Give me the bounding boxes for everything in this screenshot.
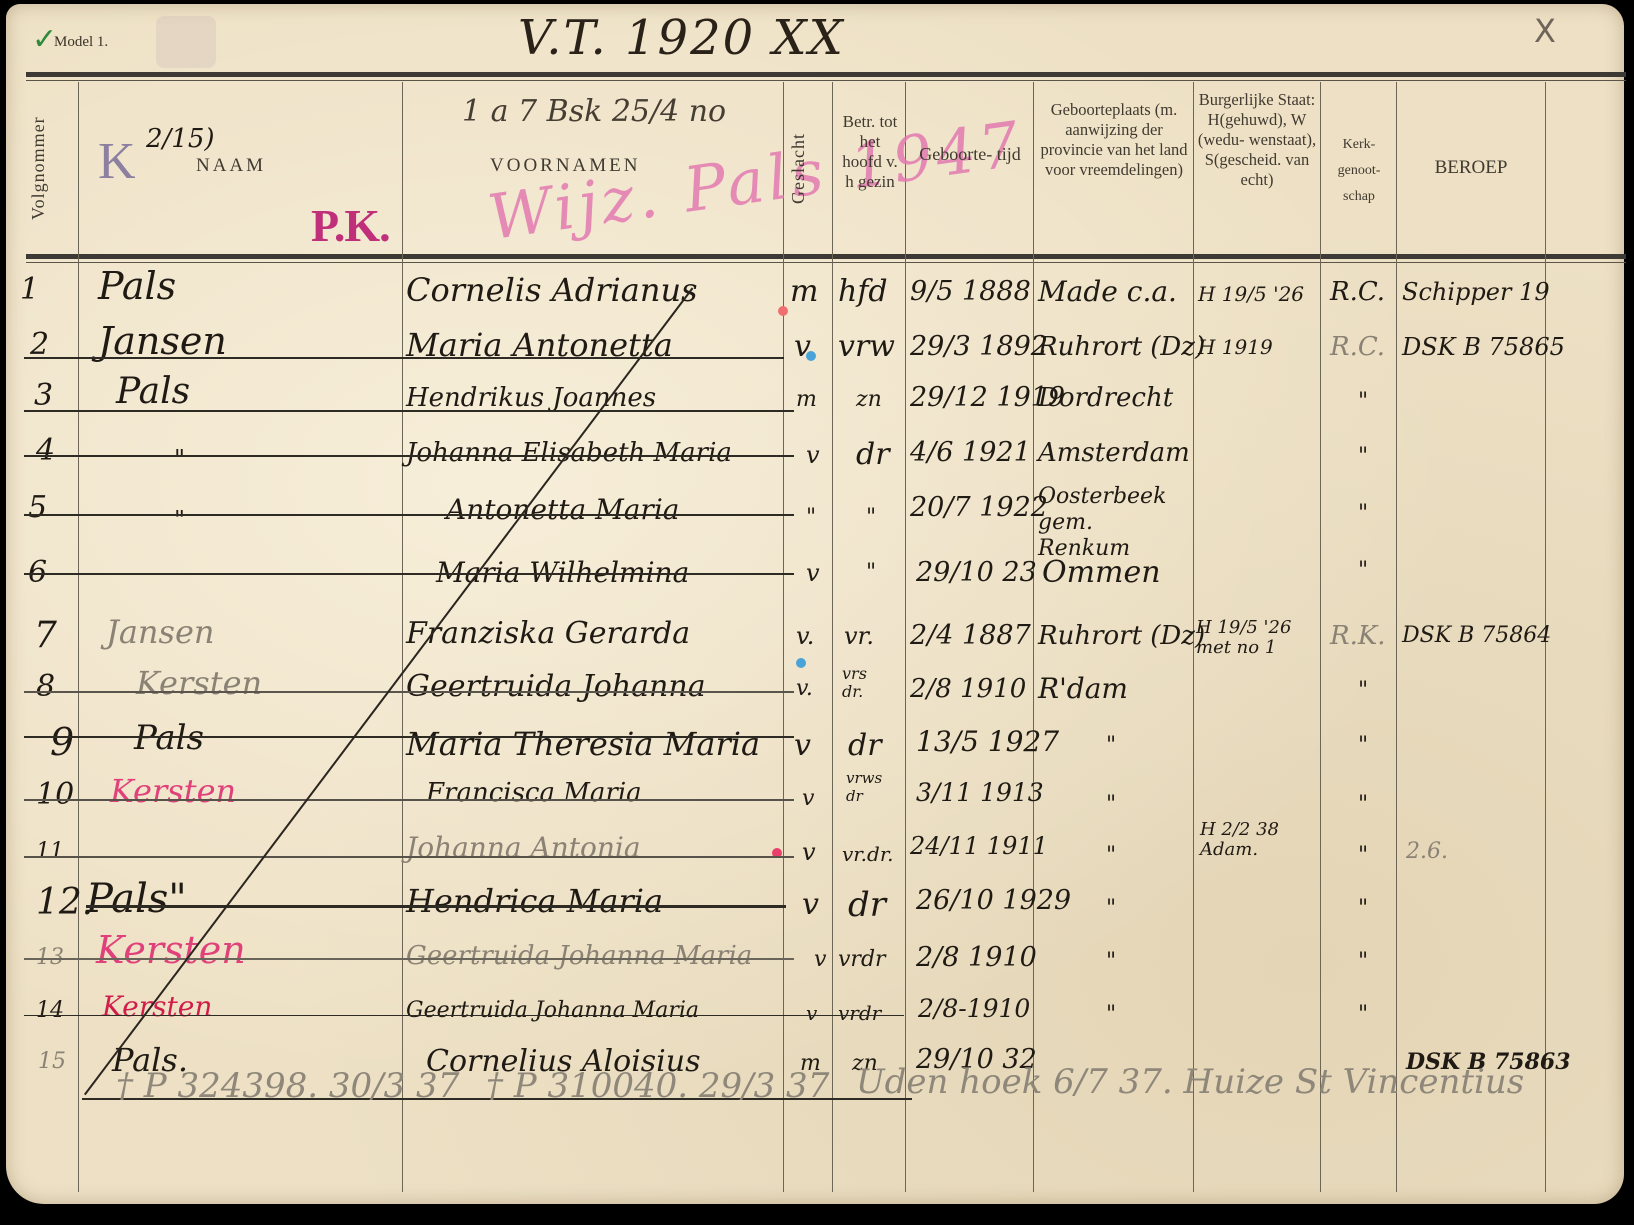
blue-dot-marker: [806, 351, 816, 361]
header-kerkgenootschap: Kerk- genoot- schap: [1322, 132, 1396, 210]
birth-place: ": [1106, 889, 1116, 929]
sex: v: [802, 885, 819, 925]
strikethrough-line: [24, 736, 794, 738]
pk-stamp: P.K.: [311, 199, 390, 252]
row-number: 5: [28, 488, 47, 528]
table-row: 14 Kersten Geertruida Johanna Maria v vr…: [6, 981, 1626, 1034]
strikethrough-line: [24, 357, 784, 359]
birth-date: 20/7 1922: [910, 488, 1048, 528]
footer-note-left: † P 324398. 30/3 37: [116, 1066, 459, 1106]
relation-to-head: ": [866, 553, 876, 593]
given-names: Geertruida Johanna Maria: [406, 991, 699, 1031]
birth-date: 2/8 1910: [916, 938, 1037, 978]
relation-to-head: vrw: [838, 327, 895, 367]
given-names: Franziska Gerarda: [406, 614, 690, 654]
birth-date: 4/6 1921: [910, 433, 1031, 473]
sex: v.: [796, 669, 813, 709]
civil-status: H 19/5 '26 met no 1: [1196, 618, 1316, 658]
row-number: 2: [30, 325, 49, 365]
row-number: 8: [36, 667, 55, 707]
row-number: 1: [20, 270, 39, 310]
strikethrough-line: [24, 691, 794, 693]
birth-place: ": [1106, 942, 1116, 982]
surname: Kersten: [136, 663, 262, 703]
table-row: 1 Pals Cornelis Adrianus m hfd 9/5 1888 …: [6, 266, 1626, 319]
relation-to-head: dr: [856, 435, 890, 475]
k-stamp: K: [98, 132, 136, 191]
header-geboorteplaats: Geboorteplaats (m. aanwijzing der provin…: [1034, 100, 1194, 180]
red-dot-marker: [778, 306, 788, 316]
birth-place: Ruhrort (Dz): [1038, 327, 1205, 367]
header-beroep: BEROEP: [1398, 158, 1544, 178]
civil-status: H 1919: [1198, 327, 1273, 367]
birth-place: Dordrecht: [1038, 378, 1173, 418]
table-row: 9 Pals Maria Theresia Maria v dr 13/5 19…: [6, 716, 1626, 769]
header-volgnommer: Volgnommer: [28, 88, 74, 248]
given-names: Geertruida Johanna: [406, 667, 706, 707]
header-geboortetijd: Geboorte- tijd: [908, 144, 1032, 164]
church: ": [1358, 382, 1368, 422]
church: R.C.: [1330, 272, 1385, 312]
surname: Pals": [86, 879, 187, 919]
birth-date: 29/3 1892: [910, 327, 1048, 367]
birth-date: 2/4 1887: [910, 616, 1031, 656]
birth-date: 24/11 1911: [910, 826, 1048, 866]
row-number: 4: [36, 431, 55, 471]
sex: m: [790, 272, 818, 312]
church: R.K.: [1330, 616, 1386, 656]
sex: v: [814, 940, 826, 980]
surname: Kersten: [102, 987, 212, 1027]
church: ": [1358, 551, 1368, 591]
footer-note-middle: † P 310040. 29/3 37: [486, 1066, 829, 1106]
sex: v.: [796, 616, 814, 656]
table-row: 6 Maria Wilhelmina v " 29/10 23 Ommen ": [6, 531, 1626, 584]
given-names: Francisca Maria: [426, 773, 642, 813]
occupation: Schipper 19: [1402, 272, 1550, 312]
relation-to-head: dr: [848, 726, 882, 766]
birth-date: 13/5 1927: [916, 722, 1059, 762]
surname: Pals: [116, 372, 190, 412]
given-names: Maria Theresia Maria: [406, 724, 760, 764]
given-names: Maria Antonetta: [406, 325, 673, 365]
civil-status: H 19/5 '26: [1198, 274, 1304, 314]
table-row: 11 Johanna Antonia v vr.dr. 24/11 1911 "…: [6, 822, 1626, 875]
table-row: 8 Kersten Geertruida Johanna v. vrs dr. …: [6, 663, 1626, 716]
relation-to-head: hfd: [838, 272, 888, 312]
handwritten-title: V.T. 1920 XX: [518, 10, 845, 66]
birth-date: 9/5 1888: [910, 272, 1031, 312]
occupation: DSK B 75864: [1402, 616, 1551, 656]
civil-status: H 2/2 38 Adam.: [1200, 820, 1310, 860]
birth-place: R'dam: [1038, 669, 1128, 709]
given-names: Johanna Antonia: [406, 828, 641, 868]
birth-place: ": [1106, 785, 1116, 825]
row-number: 9: [50, 722, 74, 762]
given-names: Geertruida Johanna Maria: [406, 936, 752, 976]
surname: Jansen: [106, 612, 214, 652]
birth-date: 29/10 23: [916, 553, 1037, 593]
row-number: 12.: [36, 883, 93, 923]
strikethrough-line: [24, 856, 794, 858]
sex: v: [802, 779, 814, 819]
table-row: 3 Pals Hendrikus Joannes m zn 29/12 1919…: [6, 372, 1626, 425]
birth-date: 2/8-1910: [918, 989, 1030, 1029]
footer-note-right: Uden hoek 6/7 37. Huize St Vincentius: [856, 1062, 1524, 1102]
surname: ": [174, 439, 185, 479]
relation-to-head: dr: [848, 885, 886, 925]
strikethrough-line: [24, 958, 794, 960]
birth-place: Made c.a.: [1038, 272, 1177, 312]
header-bottom-rule-thin: [26, 262, 1626, 263]
relation-to-head: vrdr: [838, 940, 886, 980]
sex: v: [806, 993, 817, 1033]
occupation: DSK B 75865: [1402, 327, 1565, 367]
occupation: 2.6.: [1406, 832, 1448, 872]
faded-stamp: [156, 16, 216, 68]
table-row: 12. Pals" Hendrica Maria v dr 26/10 1929…: [6, 875, 1626, 928]
header-naam: NAAM: [196, 156, 266, 176]
table-row: 10 Kersten Francisca Maria v vrws dr 3/1…: [6, 769, 1626, 822]
sex: v: [794, 327, 811, 367]
table-row: 13 Kersten Geertruida Johanna Maria v vr…: [6, 928, 1626, 981]
birth-date: 26/10 1929: [916, 881, 1071, 921]
model-label: Model 1.: [54, 34, 108, 51]
relation-to-head: vr.: [844, 616, 874, 656]
top-double-rule: [26, 72, 1626, 77]
strikethrough-line: [24, 514, 794, 516]
table-row: 5 " Antonetta Maria " " 20/7 1922 Ooster…: [6, 478, 1626, 531]
row-number: 10: [36, 775, 74, 815]
strikethrough-line: [24, 799, 794, 801]
church: ": [1358, 836, 1368, 876]
church: ": [1358, 942, 1368, 982]
sex: m: [796, 380, 817, 420]
k-stamp-fraction: 2/15): [146, 124, 215, 154]
birth-place: Ommen: [1042, 553, 1161, 593]
church: ": [1358, 785, 1368, 825]
church: ": [1358, 437, 1368, 477]
row-number: 7: [34, 616, 57, 656]
birth-date: 3/11 1913: [916, 773, 1044, 813]
surname: Kersten: [96, 930, 246, 970]
header-handwritten-note: 1 a 7 Bsk 25/4 no: [462, 94, 726, 129]
sex: v: [806, 553, 820, 593]
header-geslacht: Geslacht: [788, 94, 828, 244]
birth-place: ": [1106, 726, 1116, 766]
table-row: 2 Jansen Maria Antonetta v vrw 29/3 1892…: [6, 319, 1626, 372]
strikethrough-line: [24, 573, 794, 575]
church: ": [1358, 726, 1368, 766]
strikethrough-line: [24, 455, 794, 457]
birth-date: 2/8 1910: [910, 669, 1026, 709]
relation-to-head: vrs dr.: [842, 665, 892, 701]
given-names: Antonetta Maria: [446, 490, 679, 530]
relation-to-head: vr.dr.: [842, 834, 894, 874]
row-number: 14: [36, 991, 64, 1031]
sex: v: [806, 435, 820, 475]
relation-to-head: vrdr: [838, 993, 881, 1033]
birth-place: ": [1106, 836, 1116, 876]
table-row: 4 " Johanna Elisabeth Maria v dr 4/6 192…: [6, 425, 1626, 478]
surname: Pals: [134, 718, 204, 758]
corner-x-mark-icon: X: [1534, 12, 1556, 50]
sex: v: [794, 726, 811, 766]
church: ": [1358, 494, 1368, 534]
relation-to-head: vrws dr: [846, 769, 896, 805]
header-burgerlijke-staat: Burgerlijke Staat: H(gehuwd), W (wedu- w…: [1194, 90, 1320, 190]
church: ": [1358, 889, 1368, 929]
surname: Jansen: [98, 321, 227, 361]
birth-place: Ruhrort (Dz): [1038, 616, 1205, 656]
birth-place: Amsterdam: [1038, 433, 1190, 473]
surname: Kersten: [110, 771, 236, 811]
row-number: 11: [36, 832, 64, 872]
church: R.C.: [1330, 327, 1385, 367]
given-names: Hendrica Maria: [406, 881, 663, 921]
church: ": [1358, 671, 1368, 711]
birth-place: ": [1106, 995, 1116, 1035]
strikethrough-line: [86, 905, 786, 908]
strikethrough-line: [24, 1015, 904, 1016]
given-names: Cornelis Adrianus: [406, 270, 698, 310]
sex: v: [802, 832, 816, 872]
header-betr: Betr. tot het hoofd v. h gezin: [838, 112, 902, 192]
top-rule-thin: [26, 80, 1626, 81]
strikethrough-line: [24, 410, 794, 412]
church: ": [1358, 995, 1368, 1035]
surname: Pals: [98, 266, 176, 306]
relation-to-head: zn: [856, 380, 882, 420]
header-bottom-rule: [26, 254, 1626, 259]
registration-card: ✓ Model 1. V.T. 1920 XX X Volgnommer K 2…: [6, 4, 1624, 1204]
row-number: 15: [38, 1042, 66, 1082]
table-row: 7 Jansen Franziska Gerarda v. vr. 2/4 18…: [6, 610, 1626, 663]
